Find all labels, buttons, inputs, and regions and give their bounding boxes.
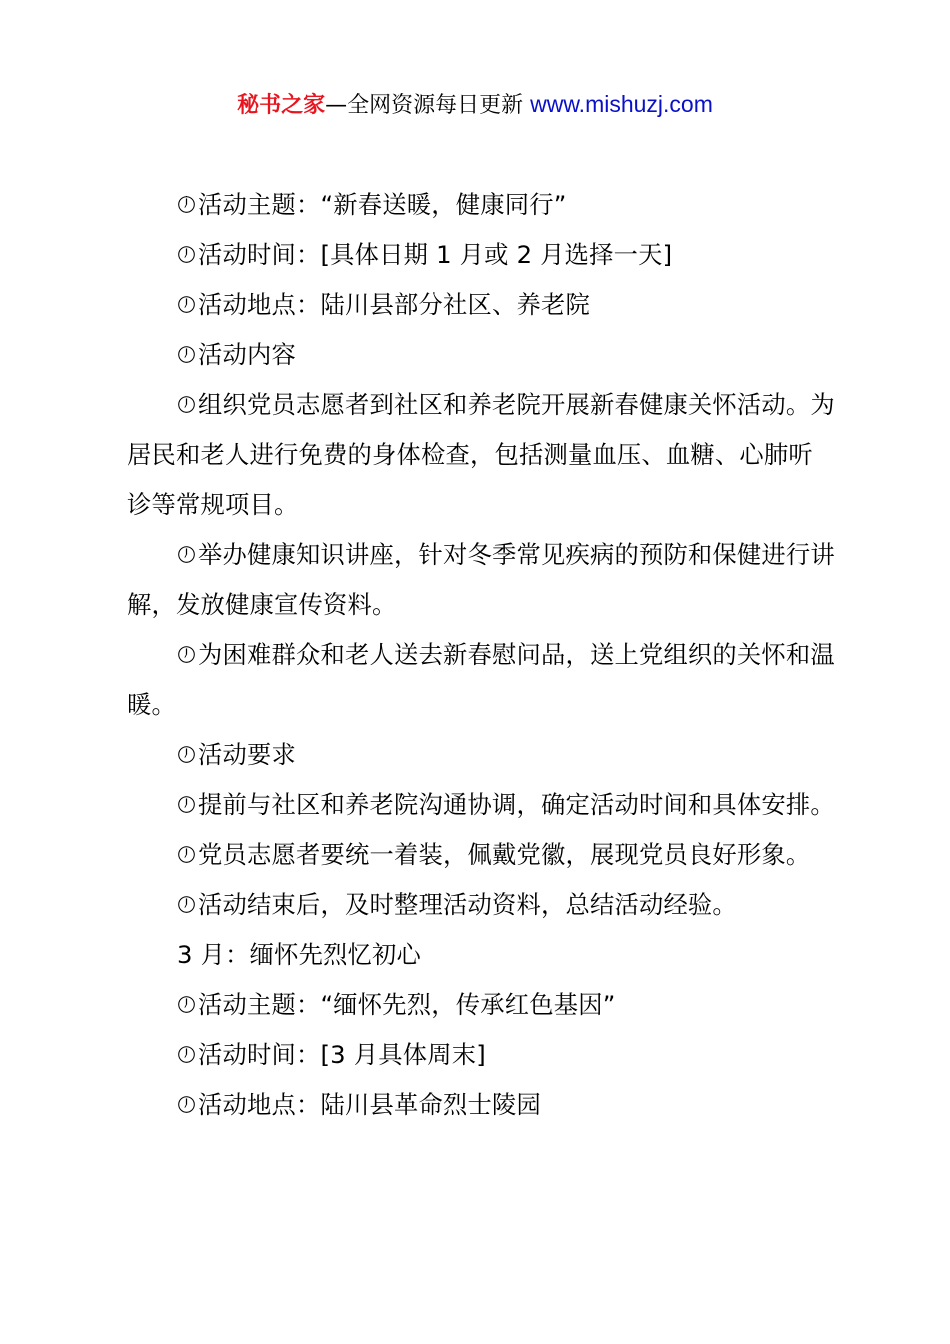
paragraph-text: 3 月：缅怀先烈忆初心 (177, 940, 421, 969)
paragraph-theme-mar: 活动主题：“缅怀先烈，传承红色基因” (127, 980, 837, 1030)
paragraph-text: 组织党员志愿者到社区和养老院开展新春健康关怀活动。为居民和老人进行免费的身体检查… (127, 390, 835, 519)
paragraph-text: 活动地点：陆川县革命烈士陵园 (198, 1090, 541, 1119)
paragraph-time-jan: 活动时间：[具体日期 1 月或 2 月选择一天] (127, 230, 837, 280)
clock-icon (177, 1045, 196, 1064)
site-url-link[interactable]: www.mishuzj.com (530, 91, 713, 117)
paragraph-text: 举办健康知识讲座，针对冬季常见疾病的预防和保健进行讲解，发放健康宣传资料。 (127, 540, 835, 619)
clock-icon (177, 395, 196, 414)
brand-name: 秘书之家 (237, 93, 325, 118)
clock-icon (177, 845, 196, 864)
paragraph-text: 活动主题：“缅怀先烈，传承红色基因” (198, 990, 616, 1019)
paragraph-theme-jan: 活动主题：“新春送暖，健康同行” (127, 180, 837, 230)
paragraph-lecture: 举办健康知识讲座，针对冬季常见疾病的预防和保健进行讲解，发放健康宣传资料。 (127, 530, 837, 630)
clock-icon (177, 895, 196, 914)
clock-icon (177, 745, 196, 764)
paragraph-coordinate: 提前与社区和养老院沟通协调，确定活动时间和具体安排。 (127, 780, 837, 830)
paragraph-summary: 活动结束后，及时整理活动资料，总结活动经验。 (127, 880, 837, 930)
paragraph-text: 为困难群众和老人送去新春慰问品，送上党组织的关怀和温暖。 (127, 640, 835, 719)
paragraph-requirements-heading: 活动要求 (127, 730, 837, 780)
clock-icon (177, 195, 196, 214)
paragraph-text: 活动主题：“新春送暖，健康同行” (198, 190, 567, 219)
document-body: 活动主题：“新春送暖，健康同行” 活动时间：[具体日期 1 月或 2 月选择一天… (127, 180, 837, 1130)
paragraph-content-heading: 活动内容 (127, 330, 837, 380)
clock-icon (177, 645, 196, 664)
paragraph-text: 党员志愿者要统一着装，佩戴党徽，展现党员良好形象。 (198, 840, 810, 869)
paragraph-text: 活动时间：[3 月具体周末] (198, 1040, 486, 1069)
section-heading-march: 3 月：缅怀先烈忆初心 (127, 930, 837, 980)
paragraph-location-mar: 活动地点：陆川县革命烈士陵园 (127, 1080, 837, 1130)
clock-icon (177, 345, 196, 364)
site-header: 秘书之家—全网资源每日更新 www.mishuzj.com (0, 88, 950, 122)
clock-icon (177, 995, 196, 1014)
paragraph-text: 活动地点：陆川县部分社区、养老院 (198, 290, 590, 319)
clock-icon (177, 245, 196, 264)
paragraph-health-check: 组织党员志愿者到社区和养老院开展新春健康关怀活动。为居民和老人进行免费的身体检查… (127, 380, 837, 530)
paragraph-location-jan: 活动地点：陆川县部分社区、养老院 (127, 280, 837, 330)
paragraph-text: 活动时间：[具体日期 1 月或 2 月选择一天] (198, 240, 672, 269)
clock-icon (177, 295, 196, 314)
paragraph-gifts: 为困难群众和老人送去新春慰问品，送上党组织的关怀和温暖。 (127, 630, 837, 730)
paragraph-time-mar: 活动时间：[3 月具体周末] (127, 1030, 837, 1080)
clock-icon (177, 545, 196, 564)
clock-icon (177, 1095, 196, 1114)
paragraph-text: 活动内容 (198, 340, 296, 369)
paragraph-text: 活动结束后，及时整理活动资料，总结活动经验。 (198, 890, 737, 919)
paragraph-text: 提前与社区和养老院沟通协调，确定活动时间和具体安排。 (198, 790, 835, 819)
clock-icon (177, 795, 196, 814)
paragraph-text: 活动要求 (198, 740, 296, 769)
tagline: —全网资源每日更新 (325, 93, 523, 118)
paragraph-uniform: 党员志愿者要统一着装，佩戴党徽，展现党员良好形象。 (127, 830, 837, 880)
